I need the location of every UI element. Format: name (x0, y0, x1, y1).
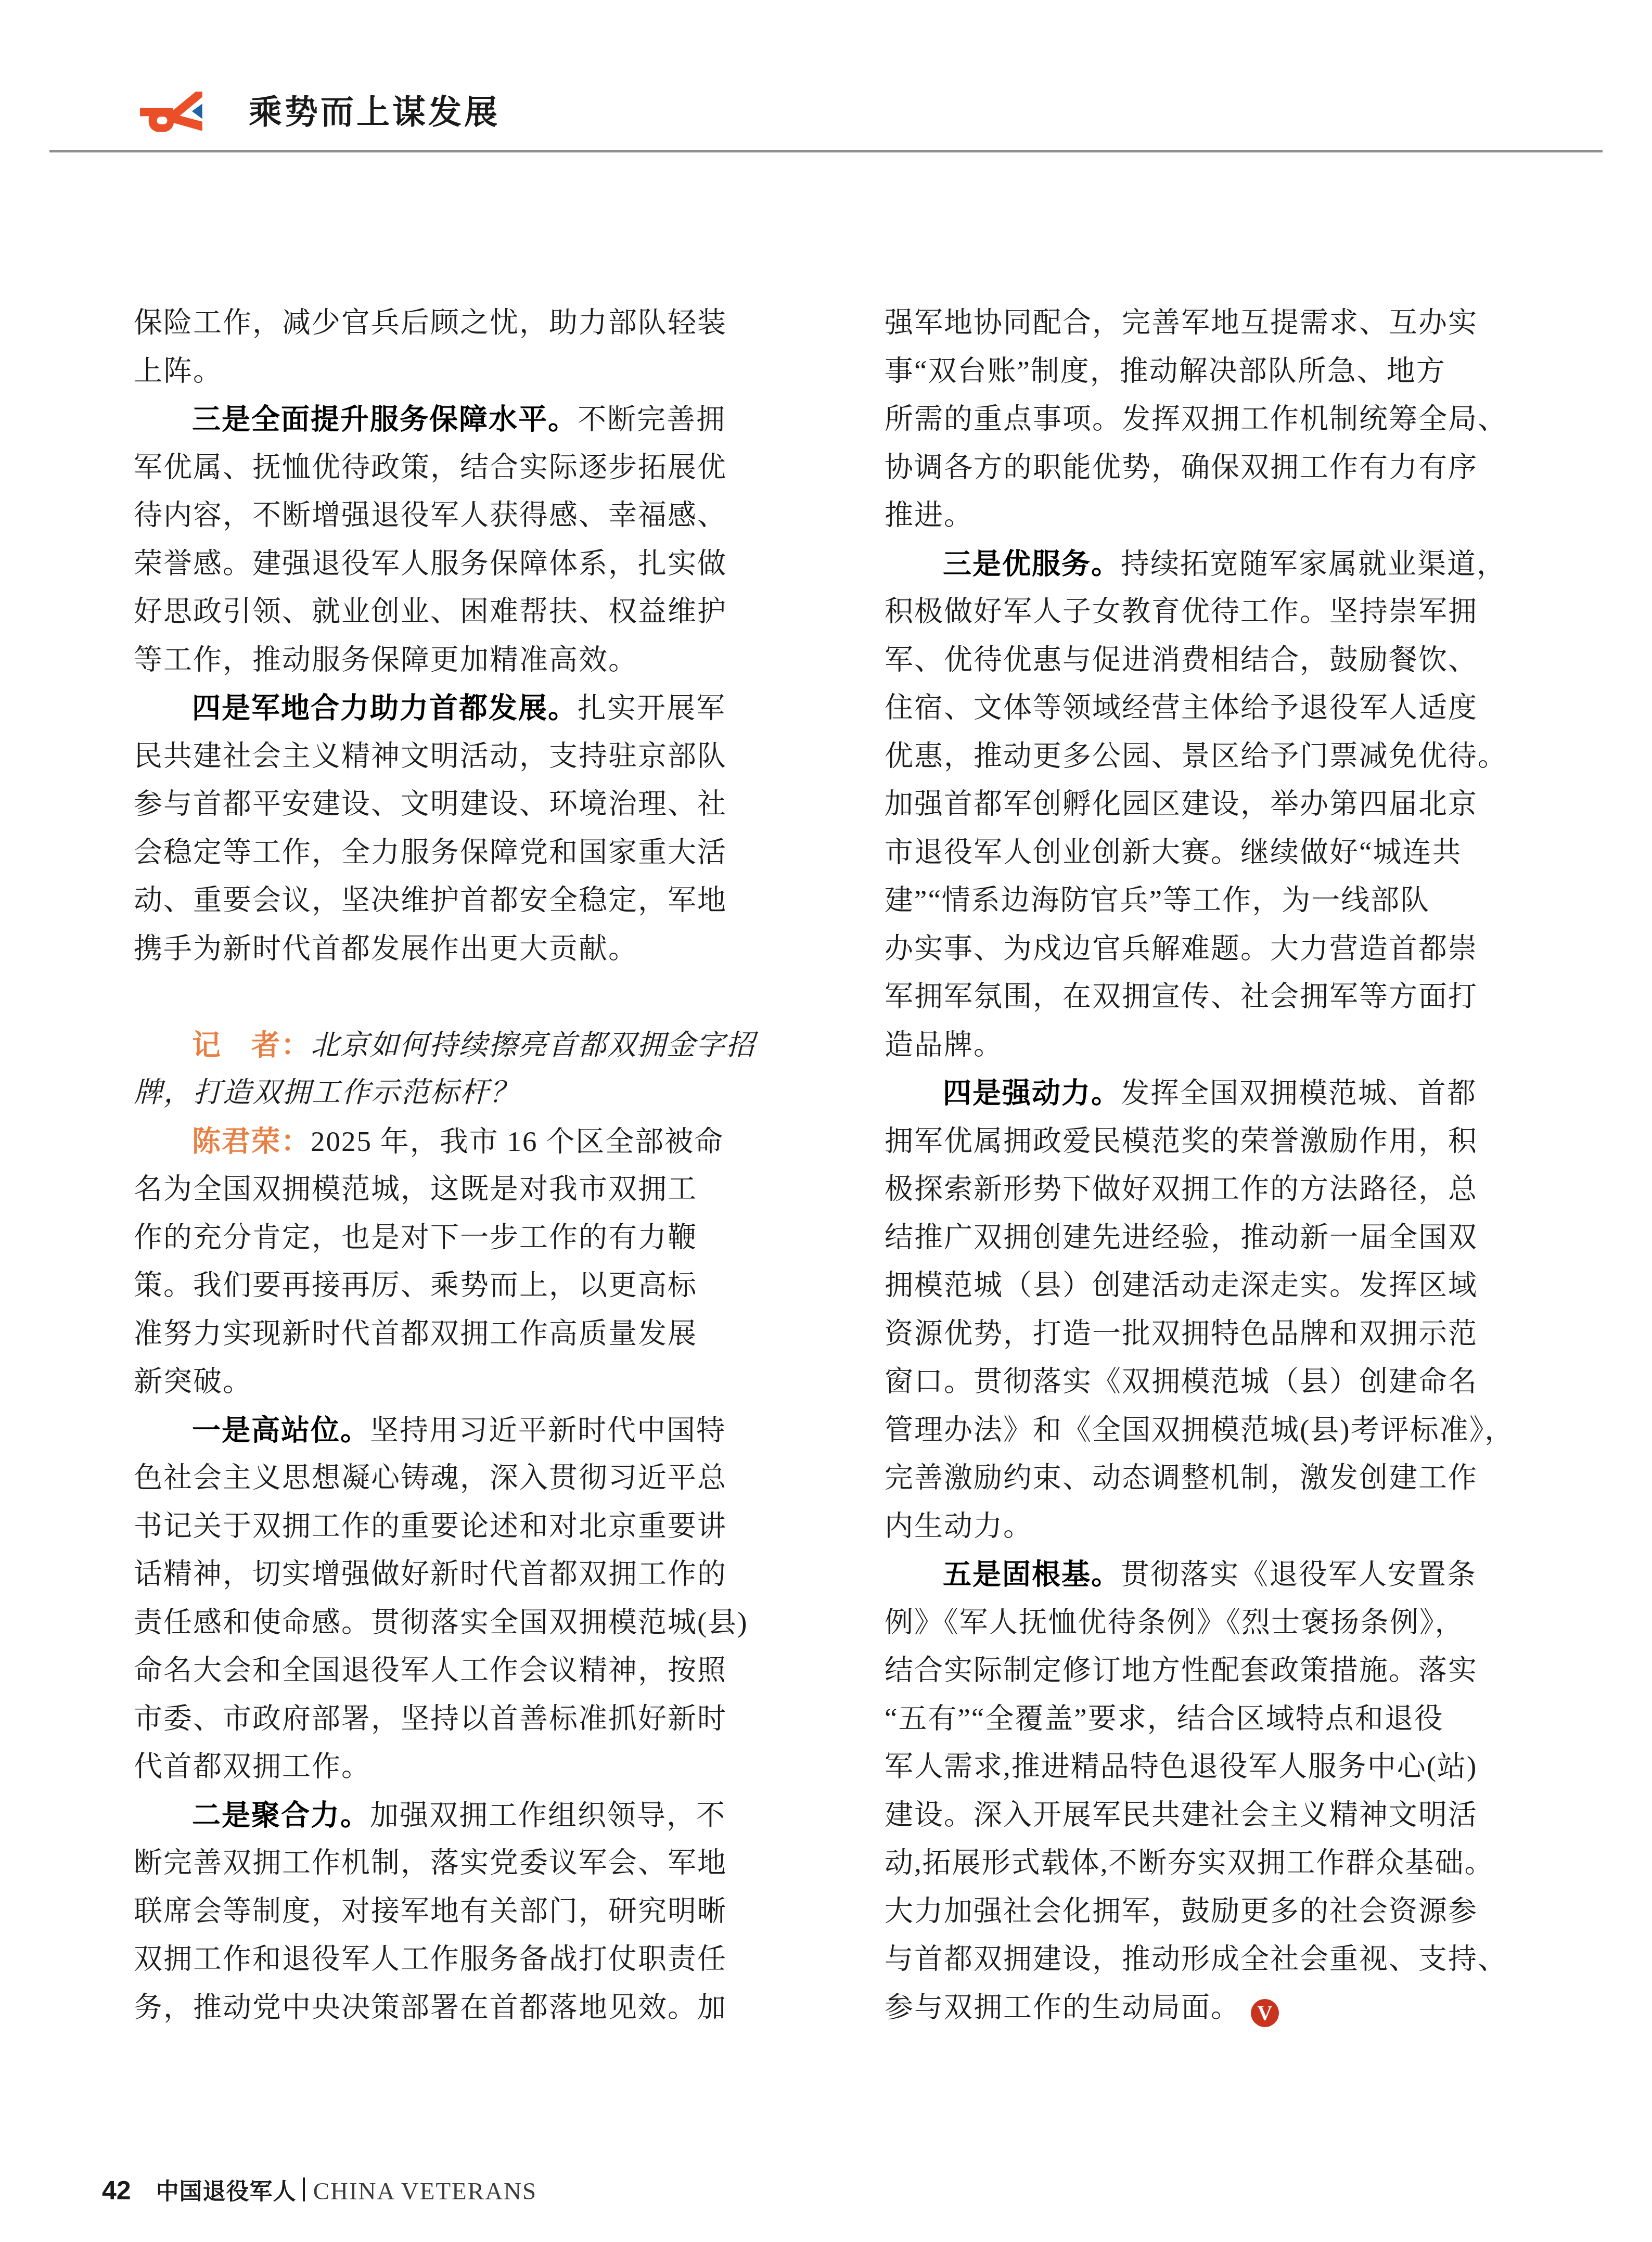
body-text: 名为全国双拥模范城，这既是对我市双拥工 (134, 1173, 697, 1205)
paragraph-lead-bold: 二是聚合力。 (192, 1799, 370, 1831)
body-text: 发挥全国双拥模范城、首都 (1121, 1077, 1477, 1109)
body-text: 不断完善拥 (578, 403, 726, 435)
text-line: 策。我们要再接再厉、乘势而上，以更高标 (134, 1261, 790, 1310)
body-text: 等工作，推动服务保障更加精准高效。 (134, 644, 638, 675)
text-line: 陈君荣：2025 年，我市 16 个区全部被命 (134, 1117, 790, 1165)
text-line: 四是强动力。发挥全国双拥模范城、首都 (885, 1069, 1541, 1117)
body-text: 所需的重点事项。发挥双拥工作机制统筹全局、 (885, 403, 1507, 434)
interview-question: 牌，打造双拥工作示范标杆？ (134, 1077, 519, 1108)
text-line: 极探索新形势下做好双拥工作的方法路径，总 (885, 1165, 1541, 1213)
blank-line (134, 972, 790, 1021)
text-line: 保险工作，减少官兵后顾之忧，助力部队轻装 (134, 299, 790, 347)
body-text: 优惠，推动更多公园、景区给予门票减免优待。 (885, 740, 1507, 772)
body-text: 建”“情系边海防官兵”等工作，为一线部队 (885, 884, 1430, 916)
body-text: 待内容，不断增强退役军人获得感、幸福感、 (134, 499, 727, 531)
body-text: 造品牌。 (885, 1029, 1003, 1060)
text-line: 军优属、抚恤优待政策，结合实际逐步拓展优 (134, 443, 790, 492)
text-line: 建设。深入开展军民共建社会主义精神文明活 (885, 1791, 1541, 1839)
text-line: 军人需求,推进精品特色退役军人服务中心(站) (885, 1743, 1541, 1791)
text-line: 民共建社会主义精神文明活动，支持驻京部队 (134, 732, 790, 780)
text-line: 市委、市政府部署，坚持以首善标准抓好新时 (134, 1695, 790, 1743)
footer-divider-bar (303, 2177, 305, 2201)
text-line: 色社会主义思想凝心铸魂，深入贯彻习近平总 (134, 1454, 790, 1502)
body-text: 断完善双拥工作机制，落实党委议军会、军地 (134, 1847, 727, 1878)
text-line: 书记关于双拥工作的重要论述和对北京重要讲 (134, 1502, 790, 1551)
body-text: 极探索新形势下做好双拥工作的方法路径，总 (885, 1173, 1478, 1205)
body-text: 结推广双拥创建先进经验，推动新一届全国双 (885, 1221, 1478, 1253)
text-line: 优惠，推动更多公园、景区给予门票减免优待。 (885, 732, 1541, 780)
text-line: 造品牌。 (885, 1021, 1541, 1069)
text-line: 携手为新时代首都发展作出更大贡献。 (134, 925, 790, 973)
text-line: 事“双台账”制度，推动解决部队所急、地方 (885, 347, 1541, 395)
text-line: 务，推动党中央决策部署在首都落地见效。加 (134, 1983, 790, 2032)
text-line: 积极做好军人子女教育优待工作。坚持崇军拥 (885, 587, 1541, 636)
paragraph-lead-bold: 一是高站位。 (192, 1414, 370, 1446)
body-text: 荣誉感。建强退役军人服务保障体系，扎实做 (134, 547, 727, 579)
text-line: 会稳定等工作，全力服务保障党和国家重大活 (134, 828, 790, 877)
text-line: 动,拓展形式载体,不断夯实双拥工作群众基础。 (885, 1839, 1541, 1887)
text-line: 记 者：北京如何持续擦亮首都双拥金字招 (134, 1021, 790, 1069)
body-text: 市退役军人创业创新大赛。继续做好“城连共 (885, 836, 1462, 868)
text-line: 联席会等制度，对接军地有关部门，研究明晰 (134, 1887, 790, 1936)
body-text: 事“双台账”制度，推动解决部队所急、地方 (885, 355, 1446, 387)
magazine-title-en: CHINA VETERANS (313, 2177, 537, 2206)
text-line: 参与双拥工作的生动局面。V (885, 1983, 1541, 2032)
text-line: 所需的重点事项。发挥双拥工作机制统筹全局、 (885, 395, 1541, 443)
text-line: 例》《军人抚恤优待条例》《烈士褒扬条例》， (885, 1598, 1541, 1647)
body-text: “五有”“全覆盖”要求，结合区域特点和退役 (885, 1702, 1444, 1734)
body-text: 与首都双拥建设，推动形成全社会重视、支持、 (885, 1943, 1507, 1975)
body-text: 会稳定等工作，全力服务保障党和国家重大活 (134, 836, 727, 868)
text-line: 完善激励约束、动态调整机制，激发创建工作 (885, 1454, 1541, 1502)
header-divider-rule (49, 150, 1603, 152)
body-text: 例》《军人抚恤优待条例》《烈士褒扬条例》， (885, 1606, 1465, 1638)
body-text: 上阵。 (134, 355, 223, 387)
text-line: 拥军优属拥政爱民模范奖的荣誉激励作用，积 (885, 1117, 1541, 1165)
text-line: 四是军地合力助力首都发展。扎实开展军 (134, 684, 790, 732)
text-line: 新突破。 (134, 1357, 790, 1406)
body-text: 住宿、文体等领域经营主体给予退役军人适度 (885, 691, 1478, 723)
body-text: 大力加强社会化拥军，鼓励更多的社会资源参 (885, 1895, 1478, 1927)
body-text: 新突破。 (134, 1365, 252, 1397)
text-line: 五是固根基。贯彻落实《退役军人安置条 (885, 1550, 1541, 1598)
body-text: 结合实际制定修订地方性配套政策措施。落实 (885, 1654, 1478, 1686)
text-line: 结推广双拥创建先进经验，推动新一届全国双 (885, 1213, 1541, 1262)
end-mark: V (1251, 1999, 1279, 2027)
left-column: 保险工作，减少官兵后顾之忧，助力部队轻装上阵。三是全面提升服务保障水平。不断完善… (134, 299, 790, 2031)
body-text: 携手为新时代首都发展作出更大贡献。 (134, 932, 638, 964)
text-line: 等工作，推动服务保障更加精准高效。 (134, 636, 790, 684)
text-line: 推进。 (885, 491, 1541, 540)
body-text: 书记关于双拥工作的重要论述和对北京重要讲 (134, 1510, 727, 1542)
bugle-logo-icon (139, 92, 206, 134)
body-text: 命名大会和全国退役军人工作会议精神，按照 (134, 1654, 727, 1686)
text-line: 牌，打造双拥工作示范标杆？ (134, 1069, 790, 1117)
text-line: 市退役军人创业创新大赛。继续做好“城连共 (885, 828, 1541, 877)
body-text: 军、优待优惠与促进消费相结合，鼓励餐饮、 (885, 644, 1478, 675)
body-text: 参与首都平安建设、文明建设、环境治理、社 (134, 788, 727, 819)
text-line: 资源优势，打造一批双拥特色品牌和双拥示范 (885, 1310, 1541, 1358)
text-line: 管理办法》和《全国双拥模范城(县)考评标准》， (885, 1406, 1541, 1454)
text-line: 上阵。 (134, 347, 790, 395)
text-line: 加强首都军创孵化园区建设，举办第四届北京 (885, 780, 1541, 828)
magazine-page: 乘势而上谋发展 保险工作，减少官兵后顾之忧，助力部队轻装上阵。三是全面提升服务保… (0, 0, 1652, 2242)
text-line: 住宿、文体等领域经营主体给予退役军人适度 (885, 684, 1541, 732)
text-line: 一是高站位。坚持用习近平新时代中国特 (134, 1406, 790, 1454)
body-text: 作的充分肯定，也是对下一步工作的有力鞭 (134, 1221, 697, 1253)
body-text: 军人需求,推进精品特色退役军人服务中心(站) (885, 1750, 1477, 1782)
body-text: 积极做好军人子女教育优待工作。坚持崇军拥 (885, 595, 1478, 627)
text-line: 强军地协同配合，完善军地互提需求、互办实 (885, 299, 1541, 347)
right-column: 强军地协同配合，完善军地互提需求、互办实事“双台账”制度，推动解决部队所急、地方… (885, 299, 1541, 2031)
text-line: 好思政引领、就业创业、困难帮扶、权益维护 (134, 587, 790, 636)
body-text: 建设。深入开展军民共建社会主义精神文明活 (885, 1799, 1478, 1830)
page-number: 42 (102, 2175, 131, 2206)
text-line: 代首都双拥工作。 (134, 1743, 790, 1791)
text-line: 大力加强社会化拥军，鼓励更多的社会资源参 (885, 1887, 1541, 1936)
body-text: 坚持用习近平新时代中国特 (370, 1414, 726, 1446)
body-text: 代首都双拥工作。 (134, 1750, 371, 1782)
body-text: 加强首都军创孵化园区建设，举办第四届北京 (885, 788, 1478, 819)
body-text: 军优属、抚恤优待政策，结合实际逐步拓展优 (134, 451, 727, 483)
interview-question: 北京如何持续擦亮首都双拥金字招 (311, 1029, 755, 1061)
body-text: 动、重要会议，坚决维护首都安全稳定，军地 (134, 884, 727, 916)
paragraph-lead-bold: 三是优服务。 (943, 547, 1121, 580)
text-line: 命名大会和全国退役军人工作会议精神，按照 (134, 1646, 790, 1695)
paragraph-lead-bold: 四是军地合力助力首都发展。 (192, 691, 578, 724)
body-text: 推进。 (885, 499, 974, 531)
body-text: 务，推动党中央决策部署在首都落地见效。加 (134, 1991, 727, 2023)
text-line: 军、优待优惠与促进消费相结合，鼓励餐饮、 (885, 636, 1541, 684)
body-text: 准努力实现新时代首都双拥工作高质量发展 (134, 1317, 697, 1349)
text-line: 名为全国双拥模范城，这既是对我市双拥工 (134, 1165, 790, 1213)
body-text: 拥模范城（县）创建活动走深走实。发挥区域 (885, 1269, 1478, 1301)
body-text: 资源优势，打造一批双拥特色品牌和双拥示范 (885, 1317, 1478, 1349)
text-line: 待内容，不断增强退役军人获得感、幸福感、 (134, 491, 790, 540)
body-text: 参与双拥工作的生动局面。 (885, 1991, 1240, 2023)
body-text: 管理办法》和《全国双拥模范城(县)考评标准》， (885, 1414, 1514, 1445)
text-line: “五有”“全覆盖”要求，结合区域特点和退役 (885, 1695, 1541, 1743)
body-text: 话精神，切实增强做好新时代首都双拥工作的 (134, 1558, 727, 1590)
text-line: 二是聚合力。加强双拥工作组织领导，不 (134, 1791, 790, 1839)
speaker-label: 记 者： (192, 1029, 311, 1061)
text-line: 三是优服务。持续拓宽随军家属就业渠道， (885, 540, 1541, 588)
text-line: 话精神，切实增强做好新时代首都双拥工作的 (134, 1550, 790, 1598)
body-text: 内生动力。 (885, 1510, 1033, 1542)
body-text: 策。我们要再接再厉、乘势而上，以更高标 (134, 1269, 697, 1301)
body-text: 持续拓宽随军家属就业渠道， (1121, 548, 1506, 580)
body-text: 窗口。贯彻落实《双拥模范城（县）创建命名 (885, 1365, 1478, 1397)
text-line: 参与首都平安建设、文明建设、环境治理、社 (134, 780, 790, 828)
text-line: 荣誉感。建强退役军人服务保障体系，扎实做 (134, 540, 790, 588)
body-text: 责任感和使命感。贯彻落实全国双拥模范城(县) (134, 1606, 748, 1638)
section-title: 乘势而上谋发展 (249, 94, 500, 130)
text-line: 与首都双拥建设，推动形成全社会重视、支持、 (885, 1935, 1541, 1983)
paragraph-lead-bold: 四是强动力。 (943, 1077, 1121, 1109)
text-line: 结合实际制定修订地方性配套政策措施。落实 (885, 1646, 1541, 1695)
body-text: 保险工作，减少官兵后顾之忧，助力部队轻装 (134, 306, 727, 338)
body-text: 拥军优属拥政爱民模范奖的荣誉激励作用，积 (885, 1125, 1478, 1157)
body-text: 办实事、为戍边官兵解难题。大力营造首都崇 (885, 932, 1478, 964)
body-text: 扎实开展军 (578, 692, 726, 724)
body-text: 2025 年，我市 16 个区全部被命 (311, 1125, 724, 1157)
text-line: 建”“情系边海防官兵”等工作，为一线部队 (885, 876, 1541, 925)
text-line: 窗口。贯彻落实《双拥模范城（县）创建命名 (885, 1357, 1541, 1406)
body-text: 协调各方的职能优势，确保双拥工作有力有序 (885, 451, 1478, 483)
text-line: 双拥工作和退役军人工作服务备战打仗职责任 (134, 1935, 790, 1983)
body-text: 动,拓展形式载体,不断夯实双拥工作群众基础。 (885, 1847, 1494, 1878)
body-text: 加强双拥工作组织领导，不 (370, 1799, 726, 1831)
body-text: 民共建社会主义精神文明活动，支持驻京部队 (134, 740, 727, 772)
body-text: 完善激励约束、动态调整机制，激发创建工作 (885, 1462, 1478, 1493)
paragraph-lead-bold: 五是固根基。 (943, 1558, 1121, 1590)
body-text: 市委、市政府部署，坚持以首善标准抓好新时 (134, 1702, 727, 1734)
text-line: 断完善双拥工作机制，落实党委议军会、军地 (134, 1839, 790, 1887)
text-line: 军拥军氛围，在双拥宣传、社会拥军等方面打 (885, 972, 1541, 1021)
body-text: 双拥工作和退役军人工作服务备战打仗职责任 (134, 1943, 727, 1975)
text-line: 协调各方的职能优势，确保双拥工作有力有序 (885, 443, 1541, 492)
body-text: 军拥军氛围，在双拥宣传、社会拥军等方面打 (885, 980, 1478, 1012)
text-line: 三是全面提升服务保障水平。不断完善拥 (134, 395, 790, 443)
body-text: 联席会等制度，对接军地有关部门，研究明晰 (134, 1895, 727, 1927)
body-text: 强军地协同配合，完善军地互提需求、互办实 (885, 306, 1478, 338)
body-text: 贯彻落实《退役军人安置条 (1121, 1558, 1477, 1590)
text-line: 拥模范城（县）创建活动走深走实。发挥区域 (885, 1261, 1541, 1310)
paragraph-lead-bold: 三是全面提升服务保障水平。 (192, 403, 578, 435)
text-line: 责任感和使命感。贯彻落实全国双拥模范城(县) (134, 1598, 790, 1647)
text-line: 准努力实现新时代首都双拥工作高质量发展 (134, 1310, 790, 1358)
speaker-label: 陈君荣： (192, 1125, 311, 1157)
body-text: 色社会主义思想凝心铸魂，深入贯彻习近平总 (134, 1462, 727, 1493)
body-text: 好思政引领、就业创业、困难帮扶、权益维护 (134, 595, 727, 627)
text-line: 作的充分肯定，也是对下一步工作的有力鞭 (134, 1213, 790, 1262)
page-footer: 42 中国退役军人 CHINA VETERANS (102, 2173, 537, 2206)
magazine-title-cn: 中国退役军人 (156, 2173, 297, 2206)
text-line: 动、重要会议，坚决维护首都安全稳定，军地 (134, 876, 790, 925)
text-line: 办实事、为戍边官兵解难题。大力营造首都崇 (885, 925, 1541, 973)
text-line: 内生动力。 (885, 1502, 1541, 1551)
